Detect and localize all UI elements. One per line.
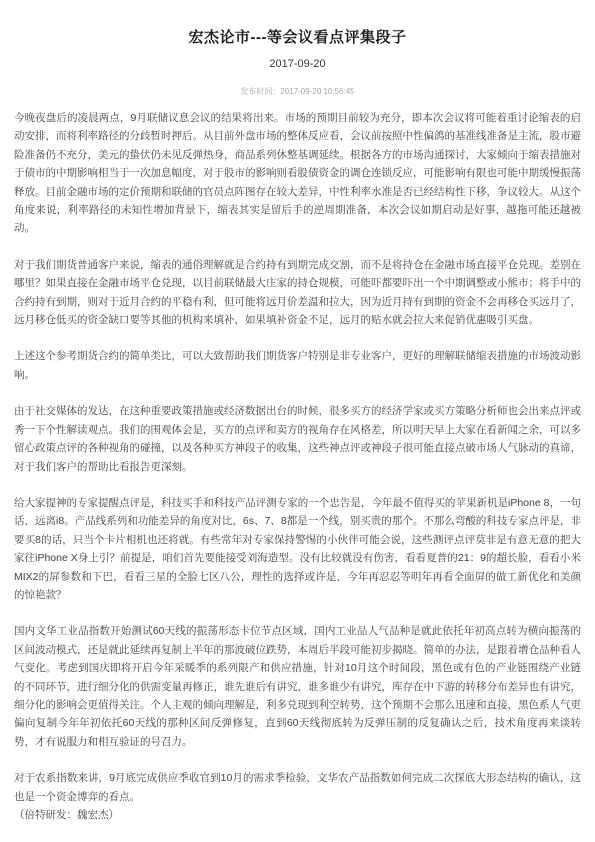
paragraph: 今晚夜盘后的凌晨两点，9月联储议息会议的结果将出来。市场的预期目前较为充分，即本… [14, 109, 581, 238]
page-title: 宏杰论市---等会议看点评集段子 [14, 26, 581, 47]
paragraph: 给大家提神的专家提醒点评是，科技买手和科技产品评测专家的一个忠告是，今年最不值得… [14, 494, 581, 604]
paragraph: 国内文华工业品指数开始测试60天线的振荡形态卡位节点区域，国内工业品人气品种是就… [14, 622, 581, 751]
article-date: 2017-09-20 [14, 58, 581, 70]
publish-time: 发布时间：2017-09-20 10:56:45 [14, 86, 581, 97]
paragraph: 上述这个参考期货合约的简单类比，可以大致帮助我们期货客户特别是非专业客户，更好的… [14, 347, 581, 384]
paragraph: 对于我们期货普通客户来说，缩表的通俗理解就是合约持有到期完成交割，而不是将持仓在… [14, 256, 581, 330]
paragraph: 对于农系指数来讲，9月底完成供应季收官到10月的需求季检验，文华农产品指数如何完… [14, 769, 581, 806]
paragraph: 由于社交媒体的发达，在这种重要政策措施或经济数据出台的时候，很多买方的经济学家或… [14, 402, 581, 476]
article-body: 今晚夜盘后的凌晨两点，9月联储议息会议的结果将出来。市场的预期目前较为充分，即本… [14, 109, 581, 806]
author-signature: （倍特研发：魏宏杰） [14, 806, 581, 824]
document-page: 宏杰论市---等会议看点评集段子 2017-09-20 发布时间：2017-09… [0, 0, 595, 842]
